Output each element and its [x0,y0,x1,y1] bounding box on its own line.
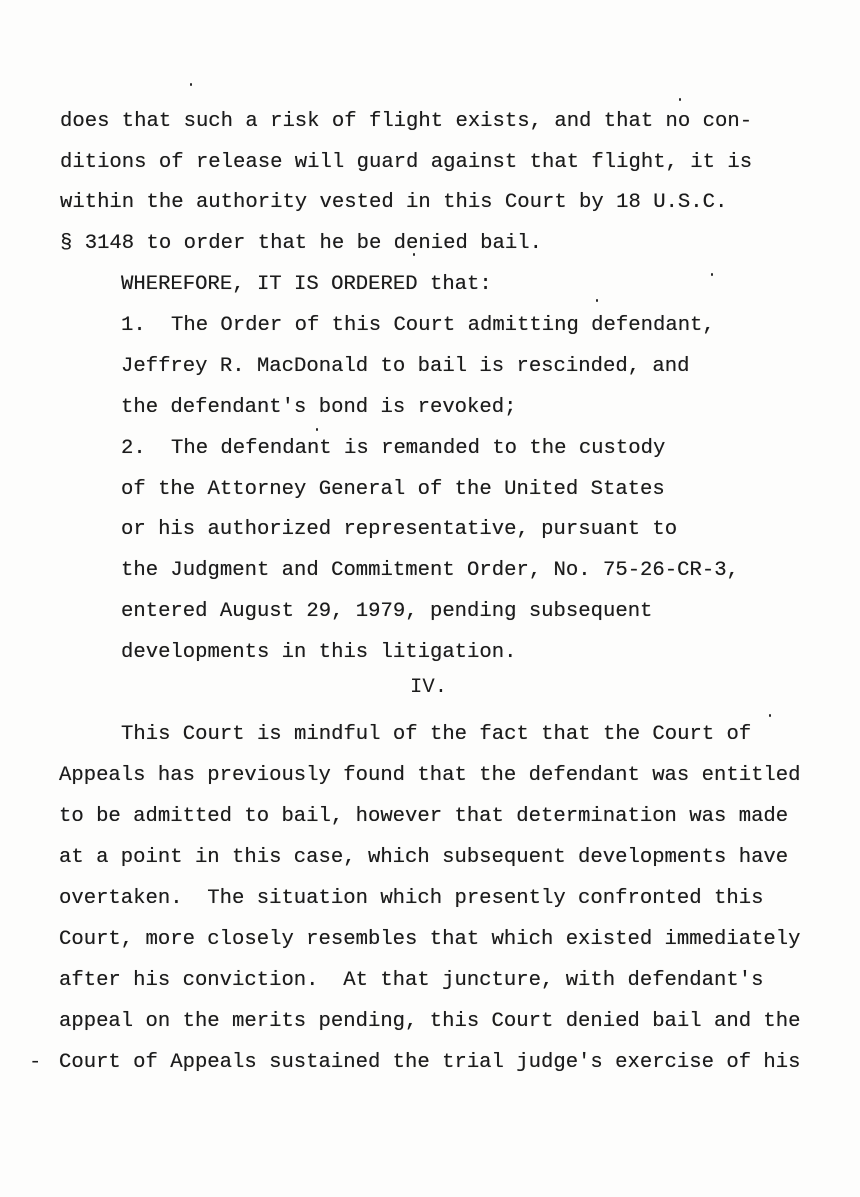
order-item-line: developments in this litigation. [121,641,516,665]
order-item-line: entered August 29, 1979, pending subsequ… [121,600,652,624]
scan-speck [413,253,415,256]
section-heading: IV. [410,676,447,700]
paragraph-line: does that such a risk of flight exists, … [60,110,752,134]
scan-speck [596,299,598,302]
paragraph-line: appeal on the merits pending, this Court… [59,1010,801,1034]
order-item-number: 1. [121,314,146,338]
paragraph-line: ditions of release will guard against th… [60,151,752,175]
order-item-line: or his authorized representative, pursua… [121,518,677,542]
order-item-line: the Judgment and Commitment Order, No. 7… [121,559,739,583]
scan-speck [679,98,681,101]
paragraph-line: § 3148 to order that he be denied bail. [60,232,542,256]
order-item-line: The defendant is remanded to the custody [171,437,665,461]
order-intro: WHEREFORE, IT IS ORDERED that: [121,273,492,297]
order-item-line: of the Attorney General of the United St… [121,478,665,502]
paragraph-line: after his conviction. At that juncture, … [59,969,763,993]
paragraph-line: within the authority vested in this Cour… [60,191,727,215]
margin-dash-mark: - [29,1051,41,1075]
scan-speck [190,83,192,86]
order-item-line: The Order of this Court admitting defend… [171,314,715,338]
paragraph-line: Appeals has previously found that the de… [59,764,801,788]
paragraph-line: overtaken. The situation which presently… [59,887,763,911]
scan-speck [316,428,318,431]
scan-speck [711,273,713,276]
paragraph-line: at a point in this case, which subsequen… [59,846,788,870]
paragraph-line: to be admitted to bail, however that det… [59,805,788,829]
paragraph-line: Court of Appeals sustained the trial jud… [59,1051,801,1075]
document-page: does that such a risk of flight exists, … [0,0,860,1197]
paragraph-line: This Court is mindful of the fact that t… [121,723,751,747]
order-item-line: Jeffrey R. MacDonald to bail is rescinde… [121,355,689,379]
order-item-line: the defendant's bond is revoked; [121,396,516,420]
paragraph-line: Court, more closely resembles that which… [59,928,801,952]
scan-speck [769,714,771,717]
order-item-number: 2. [121,437,146,461]
